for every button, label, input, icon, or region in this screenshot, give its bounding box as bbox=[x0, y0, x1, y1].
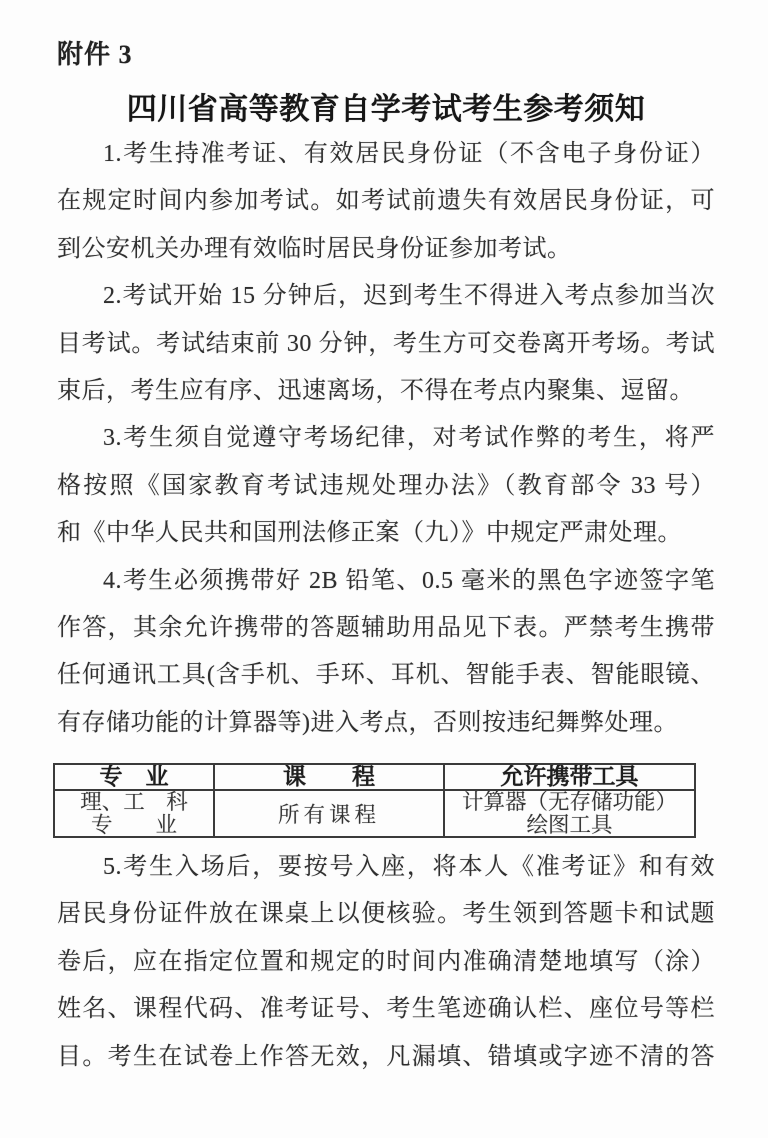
document-title: 四川省高等教育自学考试考生参考须知 bbox=[57, 92, 715, 128]
major-line-2: 专 业 bbox=[55, 814, 213, 837]
table-header-course: 课 程 bbox=[214, 764, 444, 790]
paragraph-line: 任何通讯工具(含手机、手环、耳机、智能手表、智能眼镜、 bbox=[57, 652, 715, 699]
table-header-major: 专 业 bbox=[54, 764, 214, 790]
tools-line-1: 计算器（无存储功能） bbox=[445, 791, 694, 814]
document-content: 附件 3 四川省高等教育自学考试考生参考须知 1.考生持准考证、有效居民身份证（… bbox=[0, 0, 768, 1081]
paragraph-3: 3.考生须自觉遵守考场纪律，对考试作弊的考生，将严 格按照《国家教育考试违规处理… bbox=[57, 415, 715, 557]
major-line-1: 理、工 科 bbox=[55, 791, 213, 814]
paragraph-line: 姓名、课程代码、准考证号、考生笔迹确认栏、座位号等栏 bbox=[57, 986, 715, 1033]
table-header-row: 专 业 课 程 允许携带工具 bbox=[54, 764, 695, 790]
paragraph-line: 格按照《国家教育考试违规处理办法》（教育部令 33 号） bbox=[57, 463, 715, 510]
paragraph-line: 3.考生须自觉遵守考场纪律，对考试作弊的考生，将严 bbox=[57, 415, 715, 462]
table-cell-course: 所有课程 bbox=[214, 790, 444, 837]
paragraph-line: 2.考试开始 15 分钟后，迟到考生不得进入考点参加当次科 bbox=[57, 273, 715, 320]
table-cell-major: 理、工 科 专 业 bbox=[54, 790, 214, 837]
paragraph-2: 2.考试开始 15 分钟后，迟到考生不得进入考点参加当次科 目考试。考试结束前 … bbox=[57, 273, 715, 415]
paragraph-line: 在规定时间内参加考试。如考试前遗失有效居民身份证，可 bbox=[57, 178, 715, 225]
table-header-tools: 允许携带工具 bbox=[444, 764, 695, 790]
paragraph-line: 目。考生在试卷上作答无效，凡漏填、错填或字迹不清的答 bbox=[57, 1034, 715, 1081]
paragraph-line: 和《中华人民共和国刑法修正案（九）》中规定严肃处理。 bbox=[57, 510, 715, 557]
tools-line-2: 绘图工具 bbox=[445, 814, 694, 837]
paragraph-line: 束后，考生应有序、迅速离场，不得在考点内聚集、逗留。 bbox=[57, 368, 715, 415]
paragraph-line: 4.考生必须携带好 2B 铅笔、0.5 毫米的黑色字迹签字笔 bbox=[57, 558, 715, 605]
paragraph-line: 有存储功能的计算器等)进入考点，否则按违纪舞弊处理。 bbox=[57, 700, 715, 747]
document-body: 1.考生持准考证、有效居民身份证（不含电子身份证） 在规定时间内参加考试。如考试… bbox=[57, 131, 715, 1081]
paragraph-line: 目考试。考试结束前 30 分钟，考生方可交卷离开考场。考试结 bbox=[57, 321, 715, 368]
paragraph-line: 作答，其余允许携带的答题辅助用品见下表。严禁考生携带 bbox=[57, 605, 715, 652]
paragraph-1: 1.考生持准考证、有效居民身份证（不含电子身份证） 在规定时间内参加考试。如考试… bbox=[57, 131, 715, 273]
document-page: 附件 3 四川省高等教育自学考试考生参考须知 1.考生持准考证、有效居民身份证（… bbox=[0, 0, 768, 1138]
paragraph-line: 居民身份证件放在课桌上以便核验。考生领到答题卡和试题 bbox=[57, 891, 715, 938]
paragraph-line: 5.考生入场后，要按号入座，将本人《准考证》和有效 bbox=[57, 844, 715, 891]
attachment-label: 附件 3 bbox=[57, 40, 715, 70]
paragraph-line: 卷后，应在指定位置和规定的时间内准确清楚地填写（涂） bbox=[57, 939, 715, 986]
paragraph-5: 5.考生入场后，要按号入座，将本人《准考证》和有效 居民身份证件放在课桌上以便核… bbox=[57, 844, 715, 1081]
allowed-tools-table: 专 业 课 程 允许携带工具 理、工 科 专 业 所有课程 计算器（无存储功能） bbox=[53, 763, 696, 838]
paragraph-4: 4.考生必须携带好 2B 铅笔、0.5 毫米的黑色字迹签字笔 作答，其余允许携带… bbox=[57, 558, 715, 748]
table-row: 理、工 科 专 业 所有课程 计算器（无存储功能） 绘图工具 bbox=[54, 790, 695, 837]
paragraph-line: 到公安机关办理有效临时居民身份证参加考试。 bbox=[57, 226, 715, 273]
paragraph-line: 1.考生持准考证、有效居民身份证（不含电子身份证） bbox=[57, 131, 715, 178]
table-cell-tools: 计算器（无存储功能） 绘图工具 bbox=[444, 790, 695, 837]
